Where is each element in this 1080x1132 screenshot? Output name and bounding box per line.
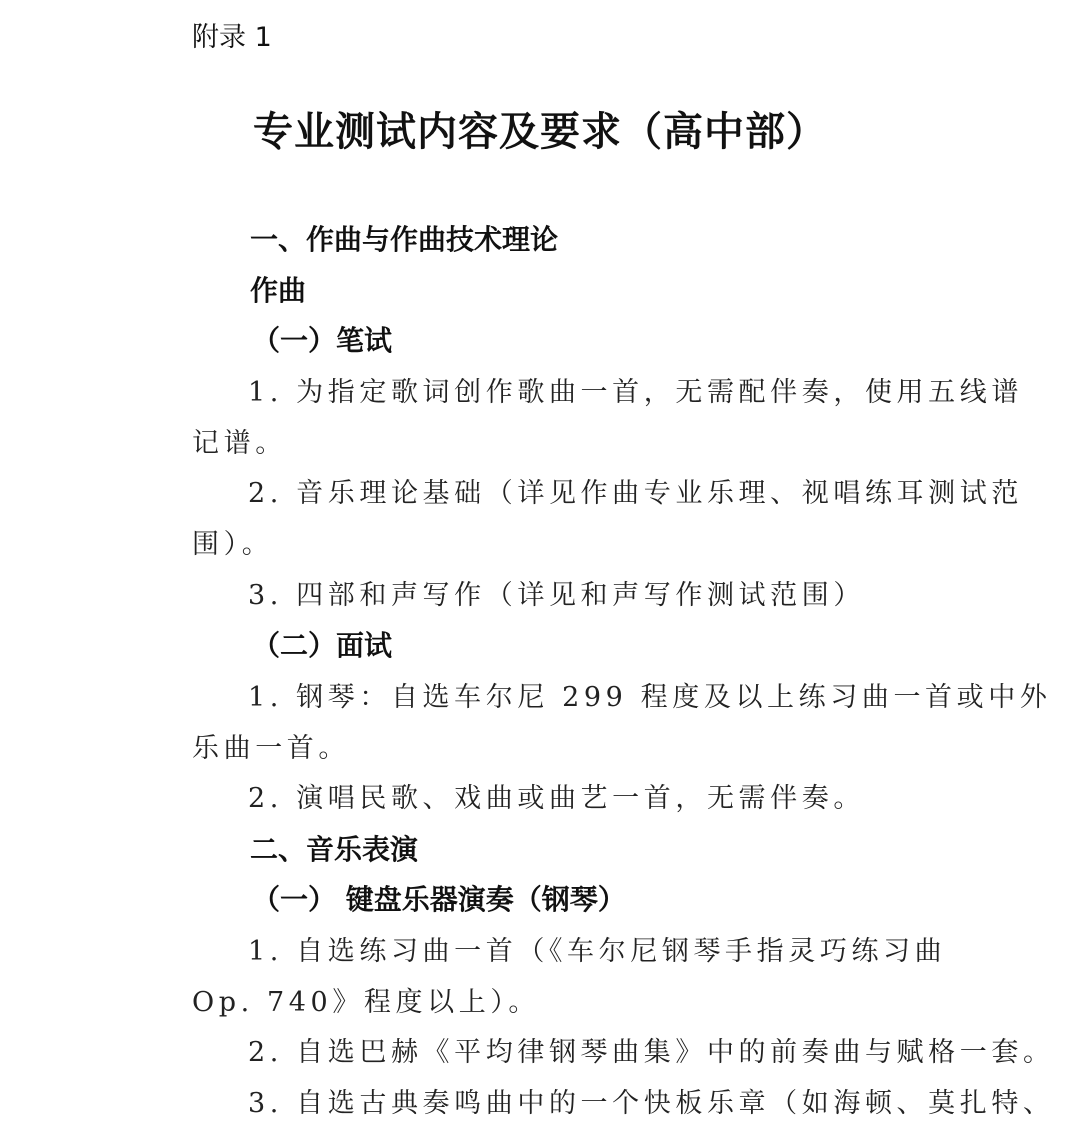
- section-heading-music-performance: 二、音乐表演: [250, 836, 418, 864]
- item-text-continued: 围）。: [192, 531, 273, 558]
- item-text-continued: Op. 740》程度以上）。: [192, 989, 540, 1016]
- part-heading-keyboard: （一） 键盘乐器演奏（钢琴）: [252, 886, 626, 914]
- appendix-label: 附录 1: [192, 24, 272, 51]
- part-heading-written-exam: （一）笔试: [252, 327, 392, 355]
- subheading-composition: 作曲: [250, 277, 306, 305]
- item-text: 3. 四部和声写作（详见和声写作测试范围）: [248, 582, 865, 609]
- item-text: 1. 为指定歌词创作歌曲一首，无需配伴奏，使用五线谱: [248, 379, 1023, 406]
- document-title: 专业测试内容及要求（高中部）: [0, 112, 1080, 152]
- part-heading-interview: （二）面试: [252, 632, 392, 660]
- document-page: 附录 1 专业测试内容及要求（高中部） 一、作曲与作曲技术理论 作曲 （一）笔试…: [0, 0, 1080, 1132]
- item-text: 2. 音乐理论基础（详见作曲专业乐理、视唱练耳测试范: [248, 480, 1023, 507]
- section-heading-composition: 一、作曲与作曲技术理论: [250, 226, 558, 254]
- item-text: 2. 演唱民歌、戏曲或曲艺一首，无需伴奏。: [248, 785, 865, 812]
- item-text-continued: 记谱。: [192, 430, 287, 457]
- item-text-continued: 乐曲一首。: [192, 735, 350, 762]
- item-text: 2. 自选巴赫《平均律钢琴曲集》中的前奏曲与赋格一套。: [248, 1039, 1055, 1066]
- item-text: 3. 自选古典奏鸣曲中的一个快板乐章（如海顿、莫扎特、: [248, 1090, 1055, 1117]
- item-text: 1. 钢琴：自选车尔尼 299 程度及以上练习曲一首或中外: [248, 684, 1051, 711]
- item-text: 1. 自选练习曲一首（《车尔尼钢琴手指灵巧练习曲: [248, 938, 946, 965]
